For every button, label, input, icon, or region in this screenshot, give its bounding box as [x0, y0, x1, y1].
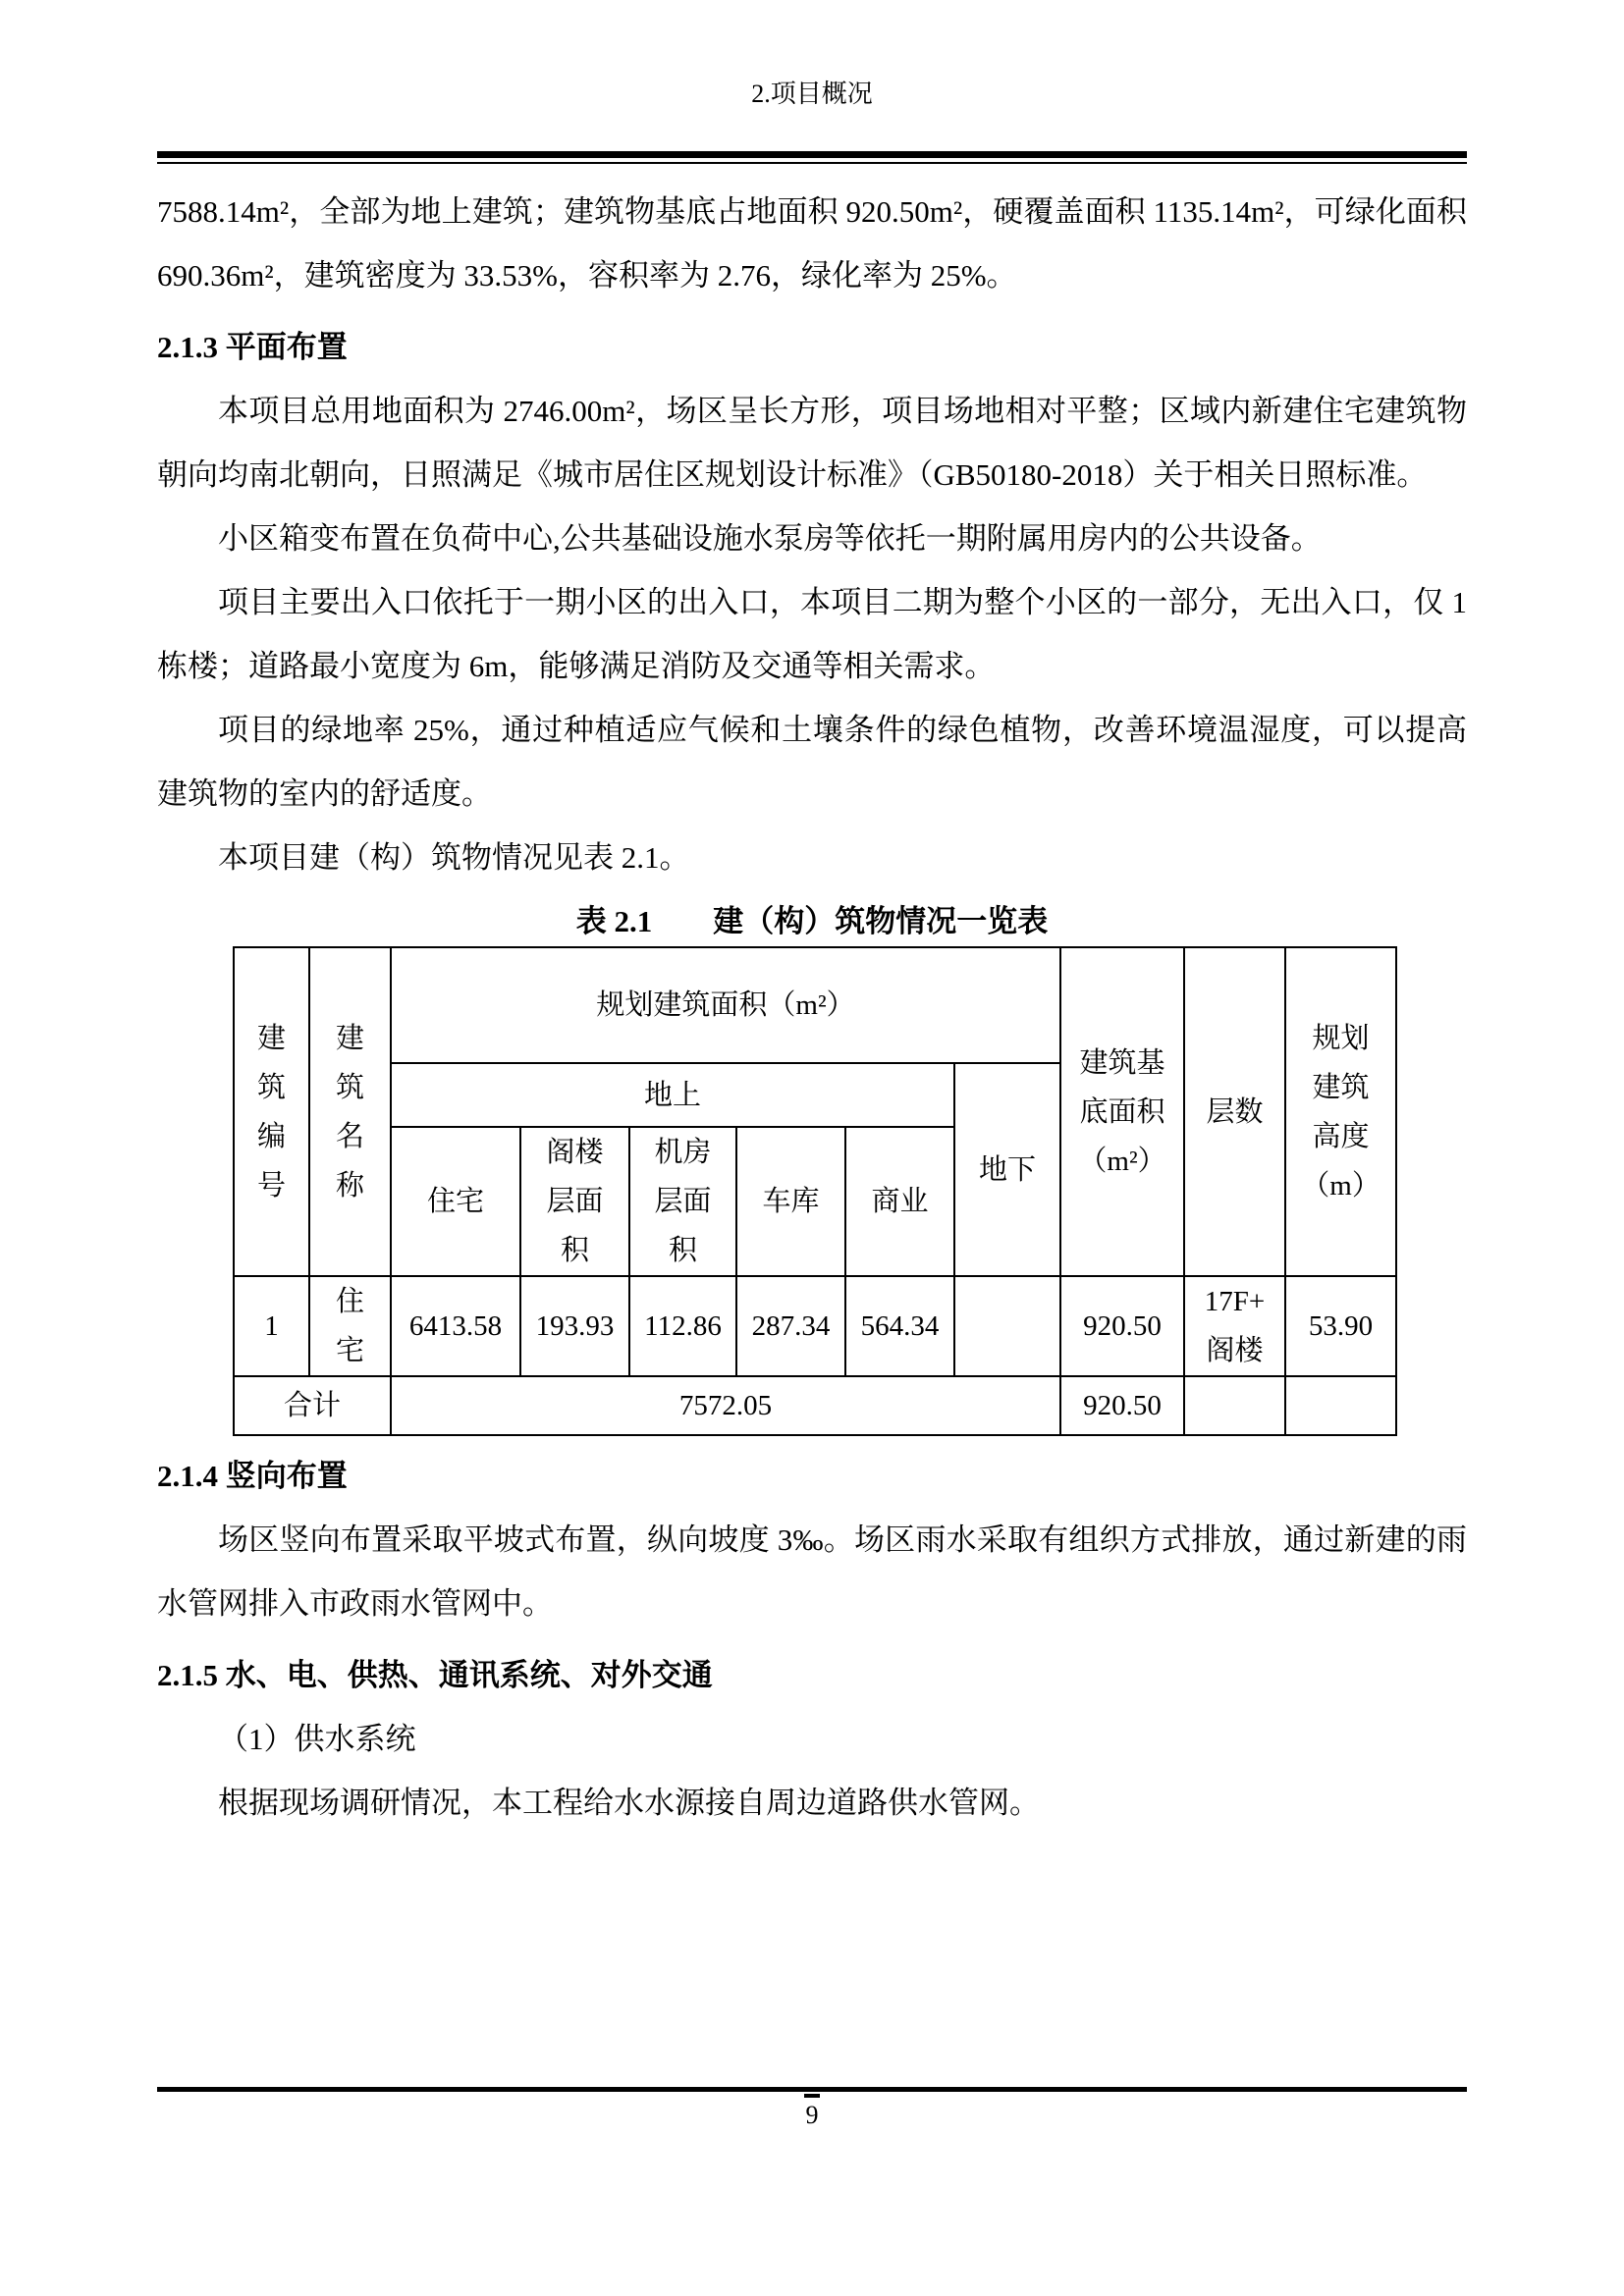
cell-building-name: 住 宅 [309, 1276, 391, 1376]
cell-floors: 17F+ 阁楼 [1184, 1276, 1285, 1376]
header-attic: 阁楼 层面 积 [520, 1127, 629, 1276]
table-header-row-1: 建 筑 编 号 建 筑 名 称 规划建筑面积（m²） 建筑基 底面积 （m²） … [234, 947, 1396, 1063]
cell-garage: 287.34 [736, 1276, 845, 1376]
table-total-row: 合计 7572.05 920.50 [234, 1376, 1396, 1435]
paragraph-vertical-layout: 场区竖向布置采取平坡式布置，纵向坡度 3‰。场区雨水采取有组织方式排放，通过新建… [157, 1508, 1467, 1635]
header-rule [157, 151, 1467, 164]
section-heading-2-1-5: 2.1.5 水、电、供热、通讯系统、对外交通 [157, 1643, 1467, 1707]
header-building-name: 建 筑 名 称 [309, 947, 391, 1276]
cell-total-label: 合计 [234, 1376, 391, 1435]
cell-residential: 6413.58 [391, 1276, 520, 1376]
page-content: 2.项目概况 7588.14m²，全部为地上建筑；建筑物基底占地面积 920.5… [157, 74, 1467, 1835]
cell-commercial: 564.34 [845, 1276, 954, 1376]
cell-total-floors [1184, 1376, 1285, 1435]
header-underground: 地下 [954, 1063, 1060, 1276]
document-page: 2.项目概况 7588.14m²，全部为地上建筑；建筑物基底占地面积 920.5… [0, 0, 1624, 2296]
page-number-dash [804, 2094, 820, 2098]
header-planned-area: 规划建筑面积（m²） [391, 947, 1060, 1063]
paragraph-water-source: 根据现场调研情况，本工程给水水源接自周边道路供水管网。 [157, 1771, 1467, 1835]
cell-total-base-area: 920.50 [1060, 1376, 1184, 1435]
paragraph-utilities-shared: 小区箱变布置在负荷中心,公共基础设施水泵房等依托一期附属用房内的公共设备。 [157, 507, 1467, 570]
cell-total-above-ground: 7572.05 [391, 1376, 1060, 1435]
table-row: 1 住 宅 6413.58 193.93 112.86 287.34 564.3… [234, 1276, 1396, 1376]
cell-attic: 193.93 [520, 1276, 629, 1376]
section-heading-2-1-4: 2.1.4 竖向布置 [157, 1444, 1467, 1508]
section-heading-2-1-3: 2.1.3 平面布置 [157, 315, 1467, 379]
running-header: 2.项目概况 [157, 77, 1467, 112]
paragraph-entrances: 项目主要出入口依托于一期小区的出入口，本项目二期为整个小区的一部分，无出入口，仅… [157, 570, 1467, 698]
paragraph-water-system-title: （1）供水系统 [157, 1707, 1467, 1771]
paragraph-greening: 项目的绿地率 25%，通过种植适应气候和土壤条件的绿色植物，改善环境温湿度，可以… [157, 698, 1467, 826]
header-base-area: 建筑基 底面积 （m²） [1060, 947, 1184, 1276]
cell-building-no: 1 [234, 1276, 309, 1376]
table-caption: 表 2.1 建（构）筑物情况一览表 [157, 897, 1467, 946]
header-machine-room: 机房 层面 积 [629, 1127, 736, 1276]
header-height: 规划 建筑 高度 （m） [1285, 947, 1396, 1276]
page-number: 9 [0, 2102, 1624, 2129]
cell-height: 53.90 [1285, 1276, 1396, 1376]
cell-underground [954, 1276, 1060, 1376]
header-floors: 层数 [1184, 947, 1285, 1276]
header-building-no: 建 筑 编 号 [234, 947, 309, 1276]
footer: 9 [0, 2094, 1624, 2129]
paragraph-table-ref: 本项目建（构）筑物情况见表 2.1。 [157, 826, 1467, 889]
header-commercial: 商业 [845, 1127, 954, 1276]
building-overview-table: 建 筑 编 号 建 筑 名 称 规划建筑面积（m²） 建筑基 底面积 （m²） … [233, 946, 1397, 1436]
header-garage: 车库 [736, 1127, 845, 1276]
header-residential: 住宅 [391, 1127, 520, 1276]
cell-base-area: 920.50 [1060, 1276, 1184, 1376]
paragraph-site-layout: 本项目总用地面积为 2746.00m²，场区呈长方形，项目场地相对平整；区域内新… [157, 379, 1467, 507]
paragraph-overview: 7588.14m²，全部为地上建筑；建筑物基底占地面积 920.50m²，硬覆盖… [157, 180, 1467, 307]
cell-total-height [1285, 1376, 1396, 1435]
header-above-ground: 地上 [391, 1063, 954, 1127]
footer-rule [157, 2087, 1467, 2092]
cell-machine-room: 112.86 [629, 1276, 736, 1376]
